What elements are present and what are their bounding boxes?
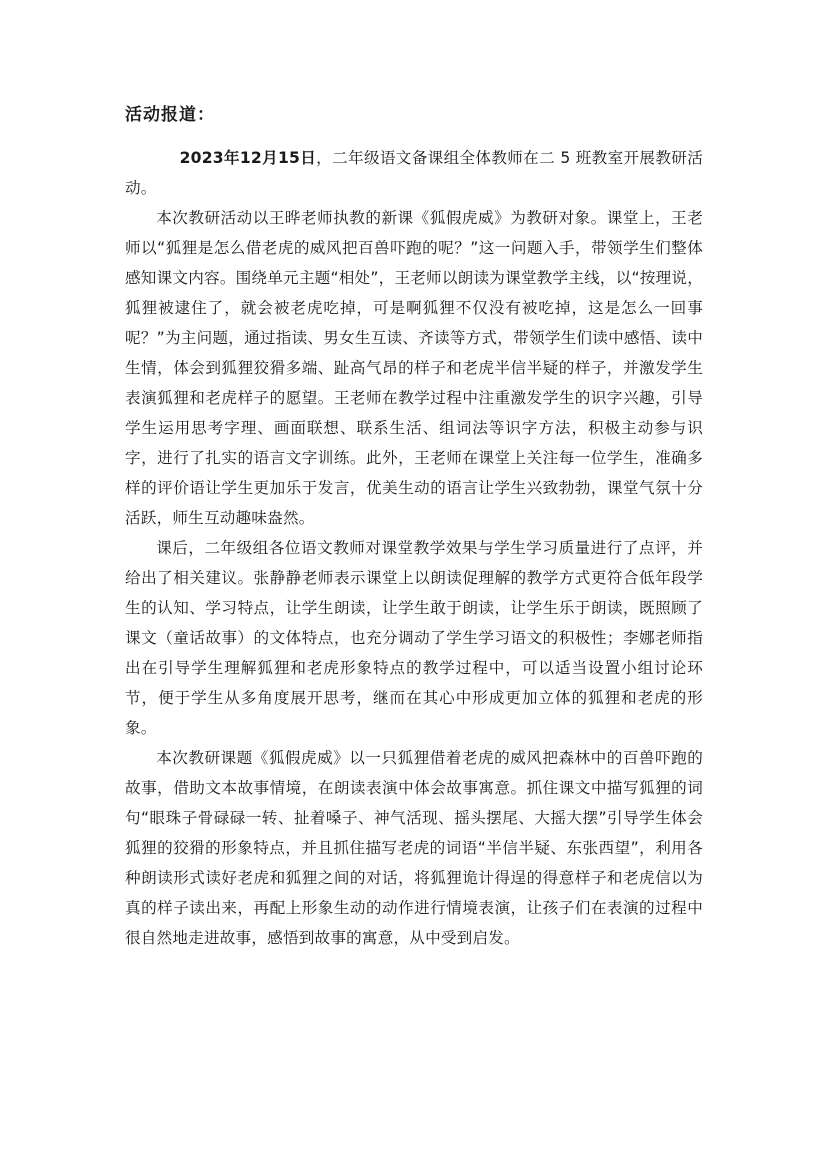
- report-heading: 活动报道：: [125, 100, 703, 130]
- paragraph-intro: 2023年12月15日，二年级语文备课组全体教师在二 5 班教室开展教研活动。: [125, 143, 703, 203]
- paragraph-conclusion: 本次教研课题《狐假虎威》以一只狐狸借着老虎的威风把森林中的百兽吓跑的故事，借助文…: [125, 743, 703, 953]
- paragraph-peer-review: 课后，二年级组各位语文教师对课堂教学效果与学生学习质量进行了点评，并给出了相关建…: [125, 533, 703, 743]
- event-date: 2023年12月15日: [180, 149, 317, 167]
- paragraph-lesson-summary: 本次教研活动以王晔老师执教的新课《狐假虎威》为教研对象。课堂上，王老师以“狐狸是…: [125, 203, 703, 533]
- document-page: 活动报道： 2023年12月15日，二年级语文备课组全体教师在二 5 班教室开展…: [125, 100, 703, 953]
